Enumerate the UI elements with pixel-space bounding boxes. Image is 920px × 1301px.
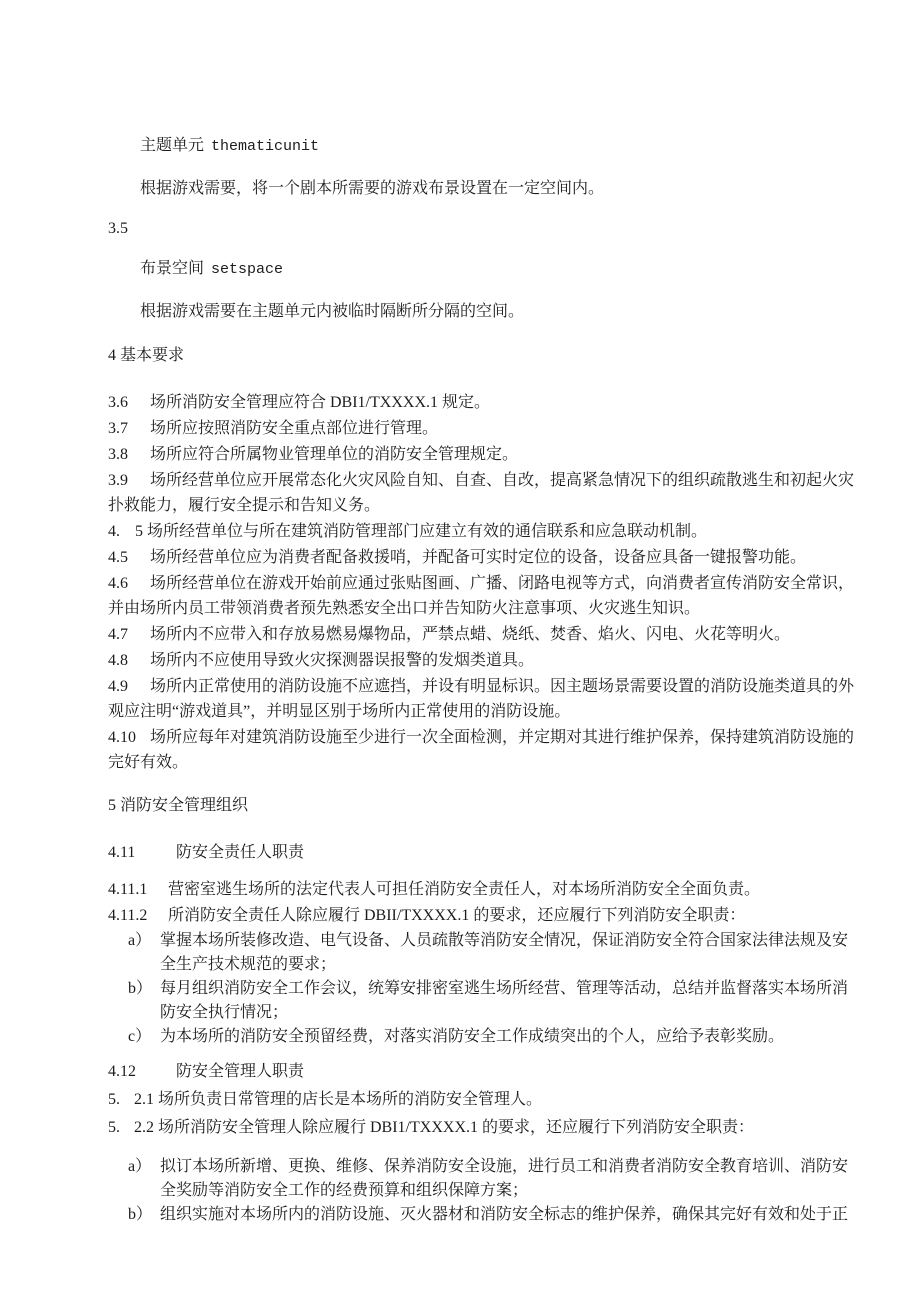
- clause-4-9: 4.9场所内正常使用的消防设施不应遮挡，并设有明显标识。因主题场景需要设置的消防…: [108, 674, 863, 724]
- term-thematic-unit: 主题单元thematicunit: [108, 133, 863, 159]
- duty-list-manager: a）拟订本场所新增、更换、维修、保养消防安全设施，进行员工和消费者消防安全教育培…: [108, 1155, 863, 1227]
- term-zh: 布景空间: [140, 260, 204, 277]
- list-marker: b）: [128, 1203, 160, 1227]
- clause-3-7: 3.7场所应按照消防安全重点部位进行管理。: [108, 416, 863, 441]
- clause-3-6: 3.6场所消防安全管理应符合 DBI1/TXXXX.1 规定。: [108, 390, 863, 415]
- clause-number: 5.: [108, 1087, 134, 1112]
- clause-number: 4.11: [108, 840, 176, 865]
- clause-text: 场所经营单位应为消费者配备救援哨，并配备可实时定位的设备，设备应具备一键报警功能…: [150, 549, 806, 566]
- term-zh: 主题单元: [140, 137, 204, 154]
- clause-number: 3.7: [108, 416, 150, 441]
- clause-text: 营密室逃生场所的法定代表人可担任消防安全责任人，对本场所消防安全全面负责。: [168, 881, 760, 898]
- clause-5-2-2: 5.2.2 场所消防安全管理人除应履行 DBI1/TXXXX.1 的要求，还应履…: [108, 1115, 863, 1140]
- clause-number: 4.11.2: [108, 903, 168, 928]
- clause-text: 场所应按照消防安全重点部位进行管理。: [150, 420, 438, 437]
- list-item-b: b）每月组织消防安全工作会议，统筹安排密室逃生场所经营、管理等活动，总结并监督落…: [108, 977, 863, 1025]
- clause-number: 5.: [108, 1115, 134, 1140]
- clause-4-7: 4.7场所内不应带入和存放易燃易爆物品，严禁点蜡、烧纸、焚香、焰火、闪电、火花等…: [108, 622, 863, 647]
- clause-4-11-1: 4.11.1营密室逃生场所的法定代表人可担任消防安全责任人，对本场所消防安全全面…: [108, 877, 863, 902]
- clause-text: 场所应符合所属物业管理单位的消防安全管理规定。: [150, 446, 518, 463]
- term-en: thematicunit: [211, 138, 319, 155]
- clause-4-11-2: 4.11.2所消防安全责任人除应履行 DBII/TXXXX.1 的要求，还应履行…: [108, 903, 863, 928]
- section-heading-fire-safety-management-org: 5 消防安全管理组织: [108, 793, 863, 818]
- clause-number: 4.7: [108, 622, 150, 647]
- duty-list-responsible-person: a）掌握本场所装修改造、电气设备、人员疏散等消防安全情况，保证消防安全符合国家法…: [108, 929, 863, 1049]
- subheading-4-11-responsible-person-duties: 4.11防安全责任人职责: [108, 840, 863, 865]
- subheading-4-12-manager-duties: 4.12防安全管理人职责: [108, 1059, 863, 1084]
- clause-4-5: 4.5场所经营单位应为消费者配备救援哨，并配备可实时定位的设备，设备应具备一键报…: [108, 545, 863, 570]
- clause-number: 4.10: [108, 725, 150, 750]
- list-marker: b）: [128, 977, 160, 1001]
- clause-4-8: 4.8场所内不应使用导致火灾探测器误报警的发烟类道具。: [108, 648, 863, 673]
- list-item-text: 掌握本场所装修改造、电气设备、人员疏散等消防安全情况，保证消防安全符合国家法律法…: [160, 932, 848, 973]
- clause-text: 场所内不应带入和存放易燃易爆物品，严禁点蜡、烧纸、焚香、焰火、闪电、火花等明火。: [150, 626, 790, 643]
- clause-number: 4.8: [108, 648, 150, 673]
- clause-text: 场所经营单位在游戏开始前应通过张贴图画、广播、闭路电视等方式，向消费者宣传消防安…: [108, 575, 854, 617]
- clause-number: 4.12: [108, 1059, 176, 1084]
- term-en: setspace: [211, 261, 283, 278]
- clause-text: 场所内不应使用导致火灾探测器误报警的发烟类道具。: [150, 652, 534, 669]
- clause-text: 场所消防安全管理应符合 DBI1/TXXXX.1 规定。: [150, 394, 490, 411]
- clause-number: 4.6: [108, 571, 150, 596]
- list-item-a: a）拟订本场所新增、更换、维修、保养消防安全设施，进行员工和消费者消防安全教育培…: [108, 1155, 863, 1203]
- subheading-text: 防安全责任人职责: [176, 844, 304, 861]
- list-item-c: c）为本场所的消防安全预留经费，对落实消防安全工作成绩突出的个人，应给予表彰奖励…: [108, 1025, 863, 1049]
- term-set-space-definition: 根据游戏需要在主题单元内被临时隔断所分隔的空间。: [108, 299, 863, 324]
- term-set-space: 布景空间setspace: [108, 256, 863, 282]
- clause-number: 3.6: [108, 390, 150, 415]
- clause-number: 4.11.1: [108, 877, 168, 902]
- document-page: 主题单元thematicunit 根据游戏需要，将一个剧本所需要的游戏布景设置在…: [0, 0, 920, 1301]
- list-item-text: 组织实施对本场所内的消防设施、灭火器材和消防安全标志的维护保养，确保其完好有效和…: [160, 1206, 848, 1223]
- clause-number-3-5: 3.5: [108, 216, 863, 241]
- clause-3-8: 3.8场所应符合所属物业管理单位的消防安全管理规定。: [108, 442, 863, 467]
- clause-4-10: 4.10场所应每年对建筑消防设施至少进行一次全面检测，并定期对其进行维护保养，保…: [108, 725, 863, 775]
- list-marker: a）: [128, 929, 160, 953]
- clause-3-9: 3.9场所经营单位应开展常态化火灾风险自知、自查、自改，提高紧急情况下的组织疏散…: [108, 468, 863, 518]
- list-item-text: 每月组织消防安全工作会议，统筹安排密室逃生场所经营、管理等活动，总结并监督落实本…: [160, 980, 848, 1021]
- clause-4-4: 4.5 场所经营单位与所在建筑消防管理部门应建立有效的通信联系和应急联动机制。: [108, 519, 863, 544]
- list-item-a: a）掌握本场所装修改造、电气设备、人员疏散等消防安全情况，保证消防安全符合国家法…: [108, 929, 863, 977]
- clause-text: 2.1 场所负责日常管理的店长是本场所的消防安全管理人。: [134, 1091, 542, 1108]
- term-thematic-unit-definition: 根据游戏需要，将一个剧本所需要的游戏布景设置在一定空间内。: [108, 176, 863, 201]
- clause-text: 2.2 场所消防安全管理人除应履行 DBI1/TXXXX.1 的要求，还应履行下…: [134, 1119, 754, 1136]
- list-item-text: 为本场所的消防安全预留经费，对落实消防安全工作成绩突出的个人，应给予表彰奖励。: [160, 1028, 784, 1045]
- subheading-text: 防安全管理人职责: [176, 1063, 304, 1080]
- clause-text: 5 场所经营单位与所在建筑消防管理部门应建立有效的通信联系和应急联动机制。: [135, 523, 707, 540]
- list-item-text: 拟订本场所新增、更换、维修、保养消防安全设施，进行员工和消费者消防安全教育培训、…: [160, 1158, 848, 1199]
- list-item-b: b）组织实施对本场所内的消防设施、灭火器材和消防安全标志的维护保养，确保其完好有…: [108, 1203, 863, 1227]
- list-marker: c）: [128, 1025, 160, 1049]
- clause-number: 3.9: [108, 468, 150, 493]
- list-marker: a）: [128, 1155, 160, 1179]
- clause-text: 场所应每年对建筑消防设施至少进行一次全面检测，并定期对其进行维护保养，保持建筑消…: [108, 729, 854, 771]
- clause-number: 4.5: [108, 545, 150, 570]
- clause-number: 4.9: [108, 674, 150, 699]
- clause-number: 4.: [108, 519, 135, 544]
- clause-4-6: 4.6场所经营单位在游戏开始前应通过张贴图画、广播、闭路电视等方式，向消费者宣传…: [108, 571, 863, 621]
- clause-text: 场所经营单位应开展常态化火灾风险自知、自查、自改，提高紧急情况下的组织疏散逃生和…: [108, 472, 854, 514]
- clause-text: 场所内正常使用的消防设施不应遮挡，并设有明显标识。因主题场景需要设置的消防设施类…: [108, 678, 854, 720]
- clause-5-2-1: 5.2.1 场所负责日常管理的店长是本场所的消防安全管理人。: [108, 1087, 863, 1112]
- section-heading-basic-requirements: 4 基本要求: [108, 343, 863, 368]
- clause-number: 3.8: [108, 442, 150, 467]
- clause-text: 所消防安全责任人除应履行 DBII/TXXXX.1 的要求，还应履行下列消防安全…: [168, 907, 745, 924]
